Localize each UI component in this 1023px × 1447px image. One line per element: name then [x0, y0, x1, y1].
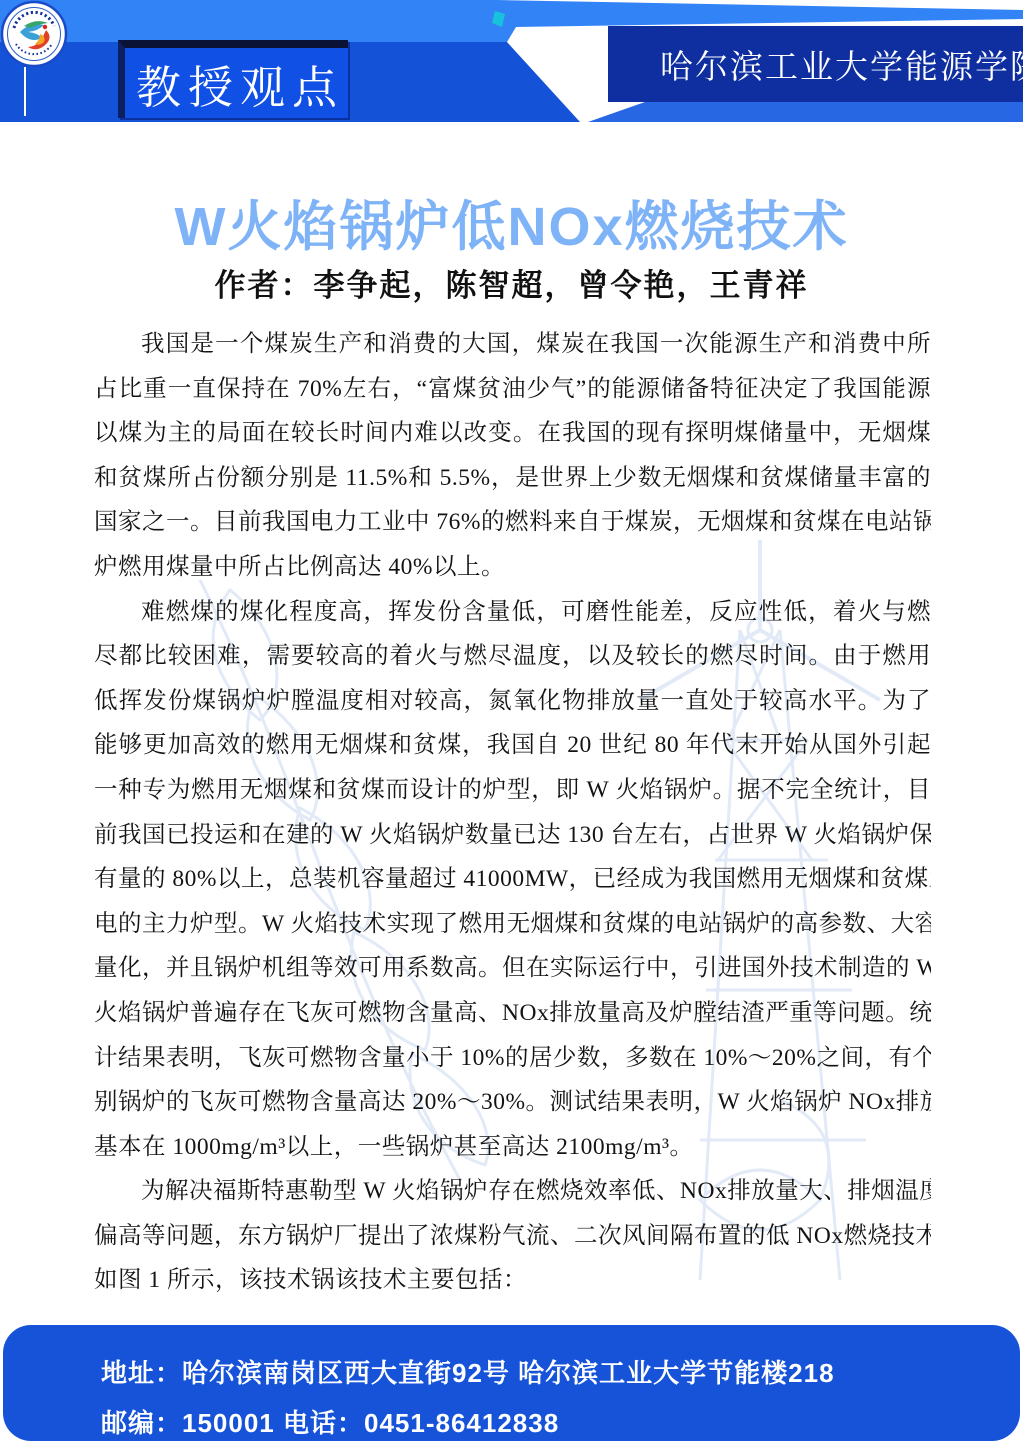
body-line: 以煤为主的局面在较长时间内难以改变。在我国的现有探明煤储量中，无烟煤 [94, 411, 931, 456]
body-line: 我国是一个煤炭生产和消费的大国，煤炭在我国一次能源生产和消费中所 [94, 322, 931, 367]
body-line: 基本在 1000mg/m³以上，一些锅炉甚至高达 2100mg/m³。 [94, 1125, 931, 1170]
article-body: 我国是一个煤炭生产和消费的大国，煤炭在我国一次能源生产和消费中所占比重一直保持在… [94, 322, 931, 1303]
body-line: 尽都比较困难，需要较高的着火与燃尽温度，以及较长的燃尽时间。由于燃用 [94, 634, 931, 679]
footer-bar: 地址：哈尔滨南岗区西大直街92号 哈尔滨工业大学节能楼218 邮编：150001… [3, 1325, 1020, 1441]
university-name-box: 哈尔滨工业大学能源学院 [608, 26, 1023, 102]
article-title: W火焰锅炉低NOx燃烧技术 [0, 184, 1023, 261]
body-line: 如图 1 所示，该技术锅该技术主要包括： [94, 1258, 931, 1303]
body-line: 炉燃用煤量中所占比例高达 40%以上。 [94, 545, 931, 590]
body-line: 电的主力炉型。W 火焰技术实现了燃用无烟煤和贫煤的电站锅炉的高参数、大容 [94, 902, 931, 947]
body-line: 有量的 80%以上，总装机容量超过 41000MW，已经成为我国燃用无烟煤和贫煤… [94, 857, 931, 902]
body-line: 火焰锅炉普遍存在飞灰可燃物含量高、NOx排放量高及炉膛结渣严重等问题。统 [94, 991, 931, 1036]
header-banner: 教授观点 哈尔滨工业大学能源学院 [0, 0, 1023, 122]
section-label: 教授观点 [129, 51, 344, 116]
body-line: 低挥发份煤锅炉炉膛温度相对较高，氮氧化物排放量一直处于较高水平。为了 [94, 679, 931, 724]
body-line: 占比重一直保持在 70%左右，“富煤贫油少气”的能源储备特征决定了我国能源 [94, 367, 931, 412]
footer-address: 地址：哈尔滨南岗区西大直街92号 哈尔滨工业大学节能楼218 [101, 1353, 835, 1390]
header-left-tick [24, 67, 26, 116]
body-line: 国家之一。目前我国电力工业中 76%的燃料来自于煤炭，无烟煤和贫煤在电站锅 [94, 500, 931, 545]
page: { "page": {"width": 1023, "height": 1447… [0, 0, 1023, 1447]
section-label-box: 教授观点 [118, 40, 348, 118]
body-line: 为解决福斯特惠勒型 W 火焰锅炉存在燃烧效率低、NOx排放量大、排烟温度 [94, 1169, 931, 1214]
body-line: 一种专为燃用无烟煤和贫煤而设计的炉型，即 W 火焰锅炉。据不完全统计，目 [94, 768, 931, 813]
body-line: 量化，并且锅炉机组等效可用系数高。但在实际运行中，引进国外技术制造的 W [94, 946, 931, 991]
university-emblem-icon [0, 0, 68, 68]
article-byline: 作者：李争起，陈智超，曾令艳，王青祥 [0, 260, 1023, 305]
body-line: 前我国已投运和在建的 W 火焰锅炉数量已达 130 台左右，占世界 W 火焰锅炉… [94, 813, 931, 858]
body-line: 计结果表明，飞灰可燃物含量小于 10%的居少数，多数在 10%～20%之间，有个 [94, 1036, 931, 1081]
footer-contact: 邮编：150001 电话：0451-86412838 [101, 1403, 559, 1440]
body-line: 能够更加高效的燃用无烟煤和贫煤，我国自 20 世纪 80 年代末开始从国外引起 [94, 723, 931, 768]
body-line: 和贫煤所占份额分别是 11.5%和 5.5%，是世界上少数无烟煤和贫煤储量丰富的 [94, 456, 931, 501]
body-line: 偏高等问题，东方锅炉厂提出了浓煤粉气流、二次风间隔布置的低 NOx燃烧技术。 [94, 1214, 931, 1259]
body-line: 难燃煤的煤化程度高，挥发份含量低，可磨性能差，反应性低，着火与燃 [94, 590, 931, 635]
university-name: 哈尔滨工业大学能源学院 [608, 41, 1023, 88]
body-line: 别锅炉的飞灰可燃物含量高达 20%～30%。测试结果表明，W 火焰锅炉 NOx排… [94, 1080, 931, 1125]
